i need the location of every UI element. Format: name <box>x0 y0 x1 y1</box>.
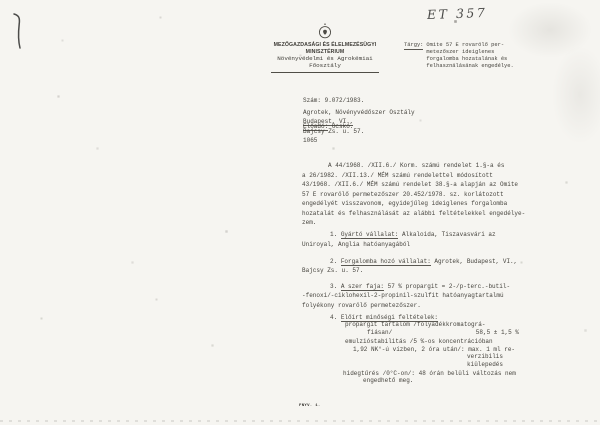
item2-line2: Bajcsy Zs. u. 57. <box>302 266 363 276</box>
subject-block: Tárgy: Omite 57 E rovarölő per-metezősze… <box>404 42 514 70</box>
item3-line3: folyékony rovarölő permetezőszer. <box>302 301 421 311</box>
scan-noise-specks <box>0 0 1 1</box>
letterhead: MEZŐGAZDASÁGI ÉS ÉLELMEZÉSÜGYI MINISZTÉR… <box>271 23 379 73</box>
recipient-block: Agrotek, Növényvédőszer Osztály Budapest… <box>303 108 415 145</box>
letterhead-line-1: MEZŐGAZDASÁGI ÉS ÉLELMEZÉSÜGYI <box>271 42 379 49</box>
item3-line1: 3. A szer faja: 57 % propargit = 2-/p-te… <box>330 282 510 292</box>
spec-cold-line1: hidegtűrés /0°C-on/: 48 órán belüli vált… <box>343 370 519 378</box>
ministry-emblem-icon <box>319 23 331 40</box>
reference-number: Szám: 9.072/1983. <box>303 97 364 106</box>
recipient-street: Bajcsy Zs. u. 57. <box>303 127 415 136</box>
subject-label: Tárgy: <box>404 42 423 50</box>
item1-line1: 1. Gyártó vállalat: Alkaloida, Tiszavasv… <box>330 230 496 240</box>
item2-line1: 2. Forgalomba hozó vállalat: Agrotek, Bu… <box>330 257 517 267</box>
letterhead-rule <box>271 72 379 73</box>
handwritten-margin-bracket <box>11 12 25 52</box>
letterhead-line-4: Főosztály <box>271 62 379 69</box>
item3-line2: -fenoxi/-ciklohexil-2-propinil-szulfit h… <box>302 291 504 301</box>
scanned-document-page: ET 357 MEZŐGAZDASÁGI ÉS ÉLELMEZÉSÜGYI MI… <box>0 0 600 425</box>
recipient-zip: 1065 <box>303 136 415 145</box>
body-paragraph: A 44/1968. /XII.6./ Korm. számú rendelet… <box>302 161 525 228</box>
spec-emulsion-line2: 1,92 NK°-ú vízben, 2 óra után/: max. 1 m… <box>343 346 519 354</box>
letterhead-line-2: MINISZTÉRIUM <box>271 49 379 56</box>
printer-mark: FNYV. 1. <box>299 404 321 408</box>
spec-cold-line2: engedhető meg. <box>343 377 519 385</box>
recipient-name: Agrotek, Növényvédőszer Osztály <box>303 108 415 117</box>
item1-line2: Uniroyal, Anglia hatóanyagából <box>302 240 410 250</box>
scan-grain-top-right <box>420 0 600 150</box>
spec-propargit-line2: fiásan/ 58,5 ± 1,5 % <box>343 329 519 337</box>
spec-emulsion-line3: verzibilis <box>343 353 519 361</box>
spec-propargit-value: 58,5 ± 1,5 % <box>476 329 519 337</box>
subject-text: Omite 57 E rovarölő per-metezőszer ideig… <box>426 42 513 70</box>
letterhead-line-3: Növényvédelmi és Agrokémiai <box>271 55 379 62</box>
spec-emulsion-line4: kiülepedés <box>343 361 519 369</box>
spec-emulsion-line1: emulzióstabilitás /5 %-os koncentrációba… <box>343 338 519 346</box>
handwritten-id: ET 357 <box>427 5 488 22</box>
quality-specs: propargit tartalom /folyadékkromatográ- … <box>343 321 519 385</box>
scan-bottom-edge <box>0 420 600 422</box>
spec-propargit-line1: propargit tartalom /folyadékkromatográ- <box>343 321 519 329</box>
recipient-city: Budapest, VI., <box>303 117 415 126</box>
